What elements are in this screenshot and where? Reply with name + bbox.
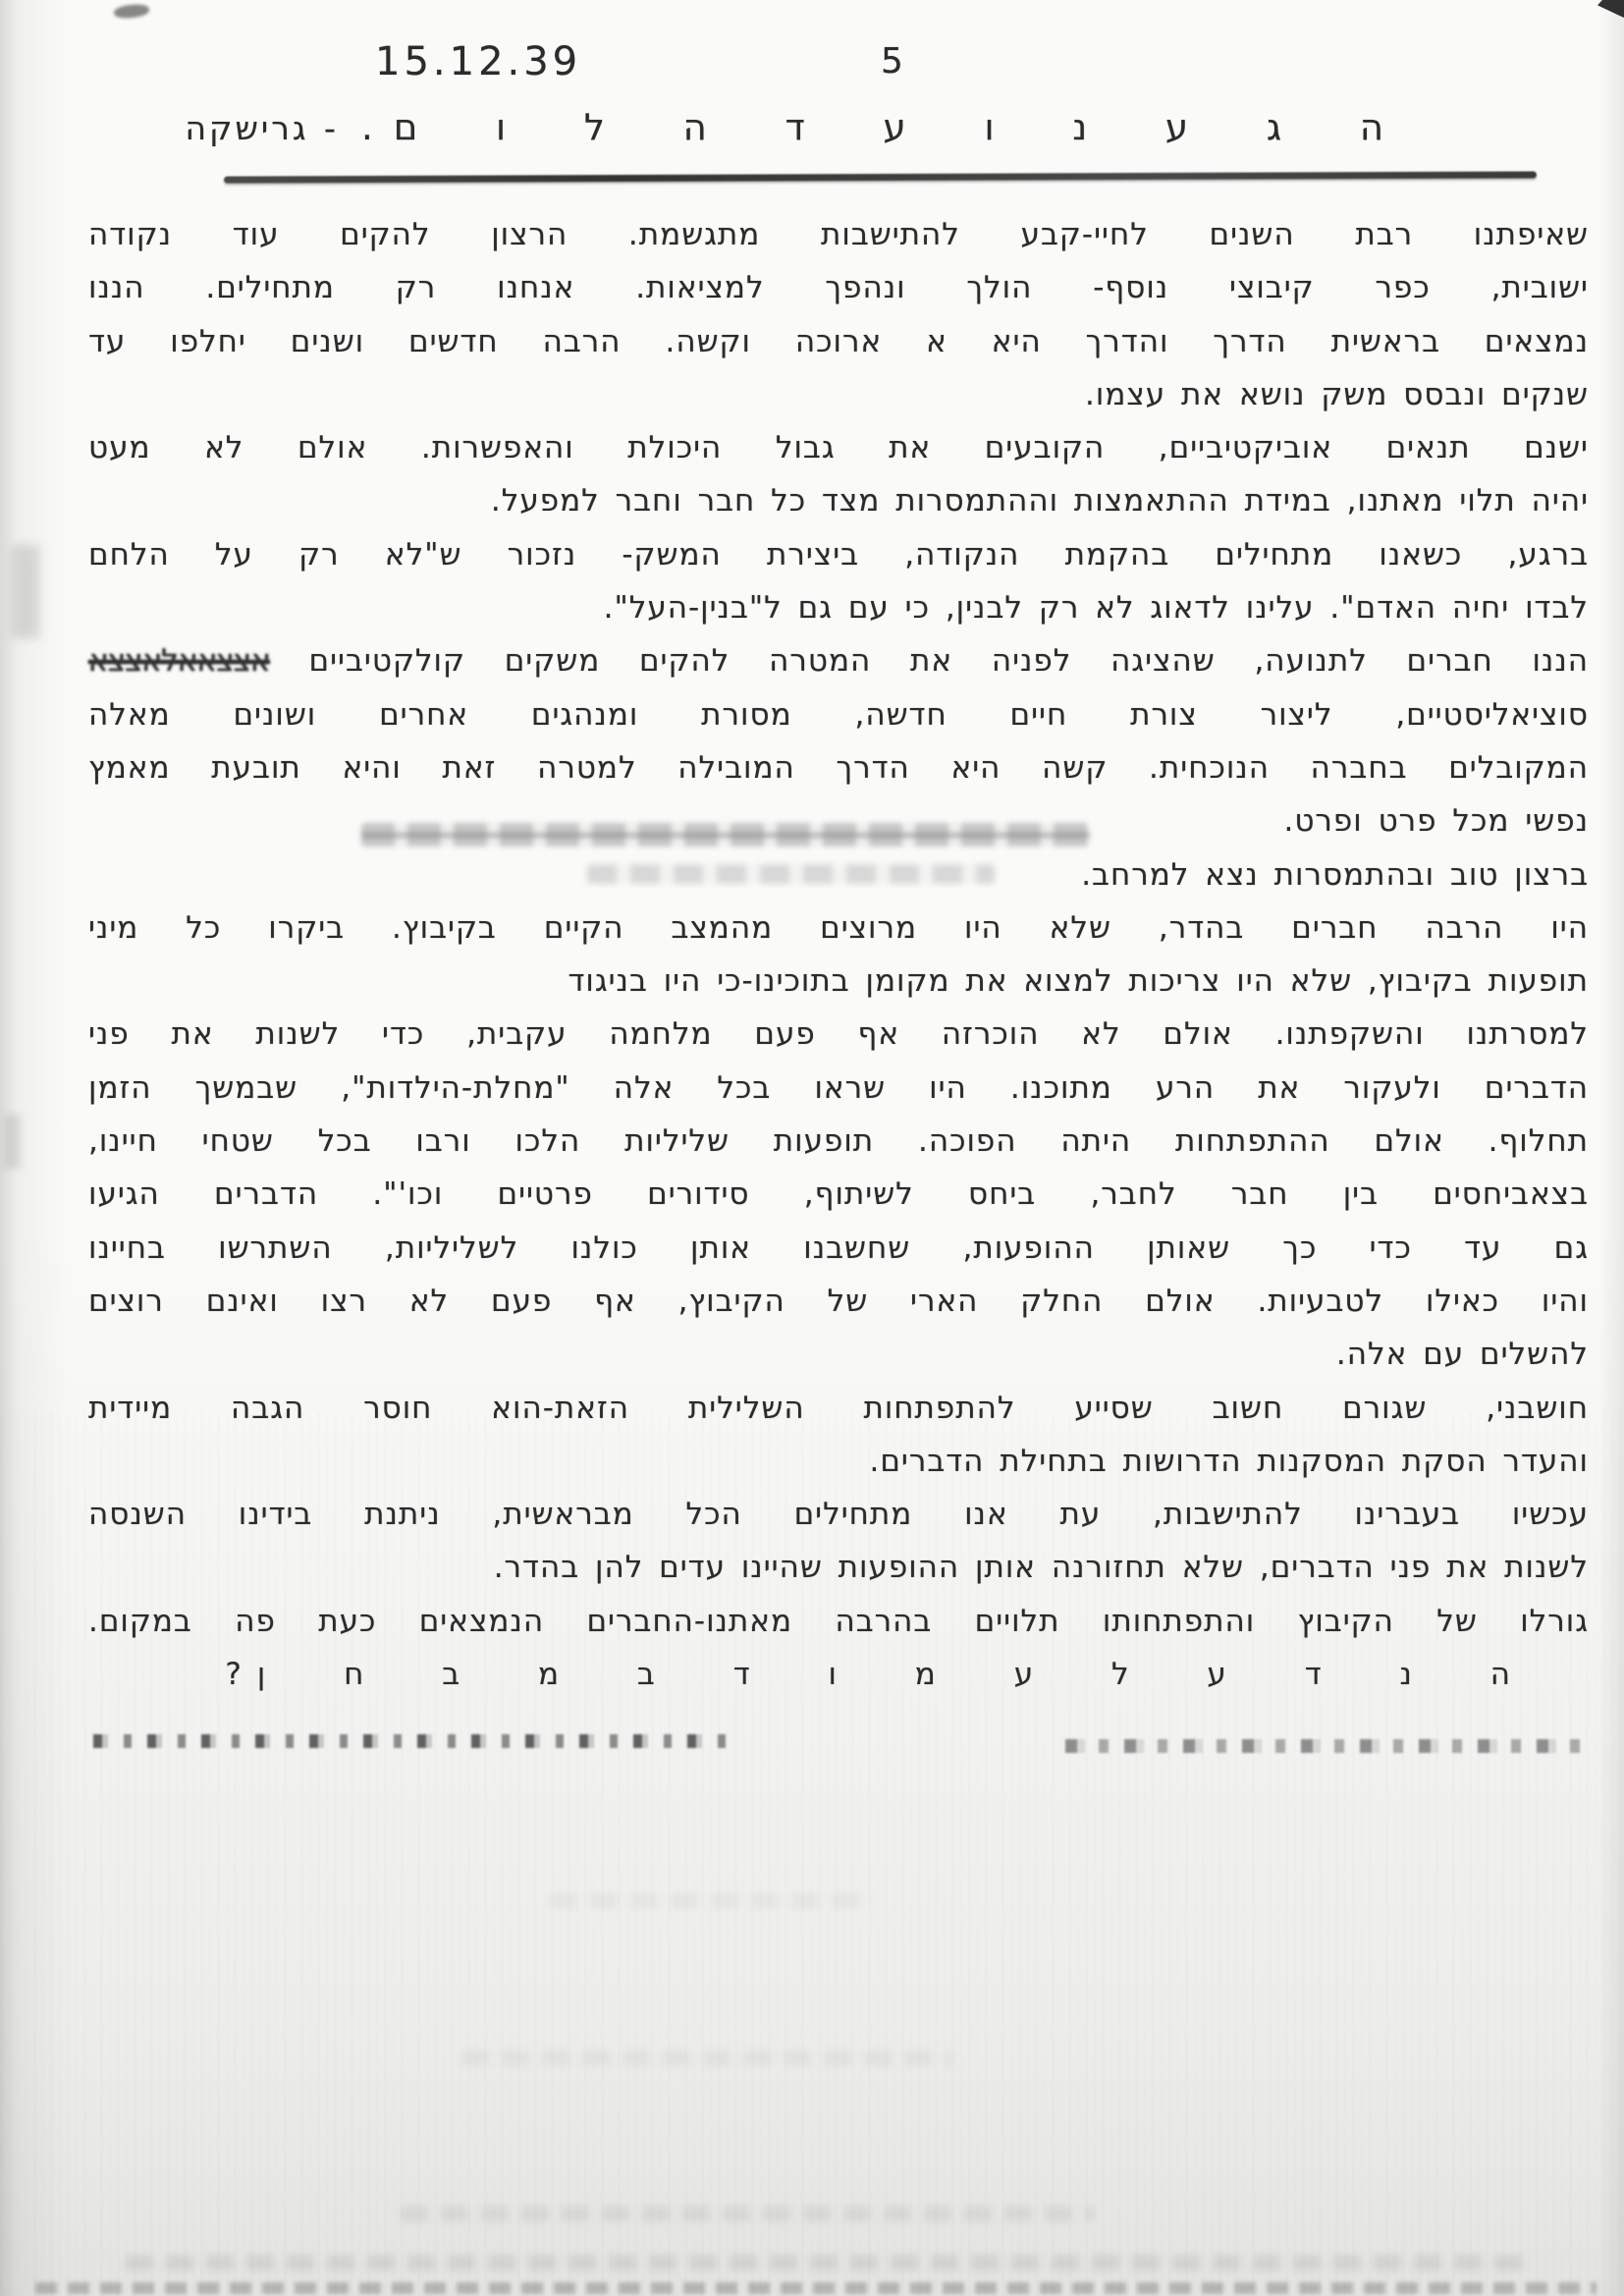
document-title-author: - גרישקה — [186, 109, 339, 147]
typed-line: תחלוף. אולם ההתפתחות היתה הפוכה. תופעות … — [88, 1115, 1589, 1168]
typed-line: ה נ ד ע ל ע מ ו ד ב מ ב ח ן? — [88, 1648, 1589, 1701]
typed-line: עכשיו בעברינו להתישבות, עת אנו מתחילים ה… — [88, 1488, 1589, 1541]
typed-line: בצאביחסים בין חבר לחבר, ביחס לשיתוף, סיד… — [88, 1168, 1589, 1221]
typed-line: לבדו יחיה האדם". עלינו לדאוג לא רק לבנין… — [88, 581, 1589, 634]
typed-line: שנקים ונבסס משק נושא את עצמו. — [88, 368, 1589, 421]
bleed-through-ghost-text — [126, 2255, 1530, 2270]
margin-smudge — [12, 545, 39, 638]
typed-line: להשלים עם אלה. — [88, 1328, 1589, 1381]
scan-shading-right-edge — [1598, 0, 1624, 2296]
typed-line: והיו כאילו לטבעיות. אולם החלק הארי של הק… — [88, 1275, 1589, 1328]
typed-line: ברגע, כשאנו מתחילים בהקמת הנקודה, ביצירת… — [88, 528, 1589, 581]
crossed-out-remnant — [93, 1734, 731, 1748]
typed-line: סוציאליסטיים, ליצור צורת חיים חדשה, מסור… — [88, 688, 1589, 741]
bleed-through-ghost-text — [401, 2206, 1094, 2221]
typed-line: ישנם תנאים אוביקטיביים, הקובעים את גבול … — [88, 421, 1589, 474]
bleed-through-ghost-text — [35, 2282, 1597, 2294]
bleed-through-ghost-text — [461, 2050, 952, 2066]
typed-body: שאיפתנו רבת השנים לחיי-קבע להתישבות מתגש… — [88, 208, 1589, 1701]
typed-line: שאיפתנו רבת השנים לחיי-קבע להתישבות מתגש… — [88, 208, 1589, 261]
overtyped-strikeout: אצצאאלאצצא — [88, 643, 270, 679]
typed-line: תופעות בקיבוץ, שלא היו צריכות למצוא את מ… — [88, 955, 1589, 1008]
typed-line: הדברים ולעקור את הרע מתוכנו. היו שראו בכ… — [88, 1062, 1589, 1115]
page-number: 5 — [881, 41, 903, 82]
document-date: 15.12.39 — [375, 39, 581, 84]
document-title: ה ג ע נ ו ע ד ה ל ו ם. — [361, 106, 1404, 148]
typed-line: לשנות את פני הדברים, שלא תחזורנה אותן הה… — [88, 1541, 1589, 1594]
typed-line: והעדר הסקת המסקנות הדרושות בתחילת הדברים… — [88, 1435, 1589, 1488]
typed-line: למסרתנו והשקפתנו. אולם לא הוכרזה אף פעם … — [88, 1008, 1589, 1061]
margin-smudge — [5, 1115, 21, 1169]
typed-line: גורלו של הקיבוץ והתפתחותו תלויים בהרבה מ… — [88, 1595, 1589, 1648]
scanned-page: 15.12.39 5 ה ג ע נ ו ע ד ה ל ו ם. - גריש… — [0, 0, 1624, 2296]
ink-smudge — [113, 3, 149, 20]
title-underline — [224, 171, 1537, 183]
typed-line: חושבני, שגורם חשוב שסייע להתפתחות השלילי… — [88, 1382, 1589, 1435]
typed-line: היו הרבה חברים בהדר, שלא היו מרוצים מהמצ… — [88, 902, 1589, 955]
typed-line: יהיה תלוי מאתנו, במידת ההתאמצות וההתמסרו… — [88, 474, 1589, 527]
document-title-row: ה ג ע נ ו ע ד ה ל ו ם. - גרישקה — [186, 106, 1405, 148]
bleed-through-ghost-text — [550, 1893, 874, 1909]
typed-line: הננו חברים לתנועה, שהציגה לפניה את המטרה… — [88, 634, 1589, 687]
typed-line: נפשי מכל פרט ופרט. — [88, 794, 1589, 847]
crossed-out-remnant — [1065, 1739, 1593, 1753]
typed-line: ישובית, כפר קיבוצי נוסף- הולך ונהפך למצי… — [88, 261, 1589, 314]
typed-line: המקובלים בחברה הנוכחית. קשה היא הדרך המו… — [88, 741, 1589, 794]
typed-line: ברצון טוב ובהתמסרות נצא למרחב. — [88, 848, 1589, 902]
typed-line: גם עד כדי כך שאותן ההופעות, שחשבנו אותן … — [88, 1222, 1589, 1275]
typed-line: נמצאים בראשית הדרך והדרך היא א ארוכה וקש… — [88, 315, 1589, 368]
corner-mark — [1597, 0, 1624, 18]
